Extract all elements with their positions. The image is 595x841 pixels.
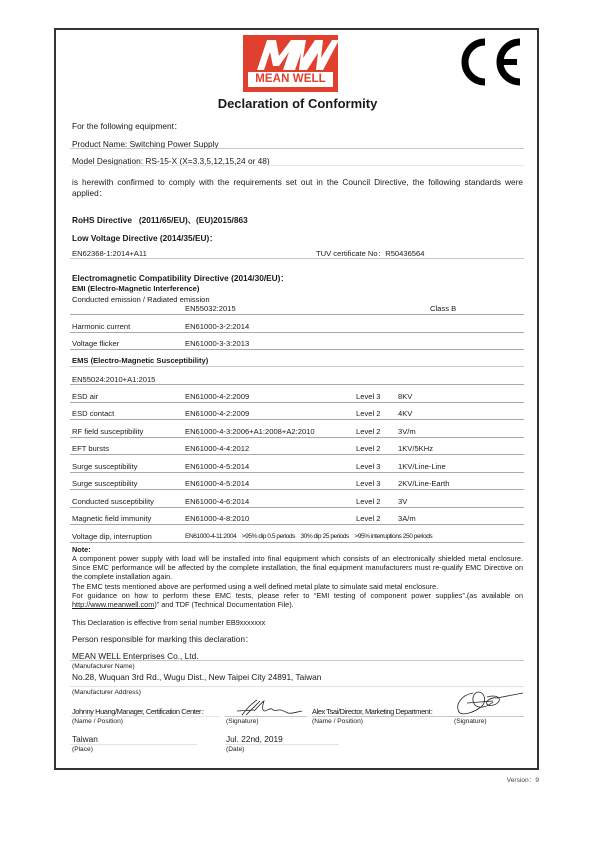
emi-class: Class B: [430, 304, 456, 313]
divider: [225, 744, 339, 745]
ems-test-label: RF field susceptibility: [72, 427, 143, 436]
place-caption: (Place): [72, 746, 93, 753]
signature-2-icon: [453, 687, 525, 717]
divider: [70, 454, 524, 455]
equipment-intro: For the following equipment：: [72, 120, 182, 132]
ems-level: Level 3: [356, 479, 381, 488]
divider: [70, 148, 524, 149]
divider: [312, 716, 524, 717]
page-title: Declaration of Conformity: [0, 96, 595, 111]
ems-standard: EN61000-4-8:2010: [185, 514, 249, 523]
emc-heading: Electromagnetic Compatibility Directive …: [72, 272, 289, 284]
emi-label: Voltage flicker: [72, 339, 119, 348]
manufacturer-address: No.28, Wuquan 3rd Rd., Wugu Dist., New T…: [72, 672, 321, 682]
logo-text: MEAN WELL: [248, 72, 333, 87]
compliance-statement: is herewith confirmed to comply with the…: [72, 177, 523, 198]
ce-mark-icon: [458, 38, 523, 86]
divider: [70, 419, 524, 420]
divider: [70, 507, 524, 508]
place: Taiwan: [72, 734, 98, 744]
meanwell-link[interactable]: http://www.meanwell.com: [72, 600, 154, 609]
mw-logo-icon: [243, 36, 338, 72]
ems-value: 8KV: [398, 392, 412, 401]
ems-test-label: Magnetic field immunity: [72, 514, 151, 523]
mean-well-logo: MEAN WELL: [243, 35, 338, 92]
responsible-heading: Person responsible for marking this decl…: [72, 633, 253, 645]
divider: [70, 332, 524, 333]
divider: [225, 716, 307, 717]
ems-test-label: EFT bursts: [72, 444, 109, 453]
ems-standard: EN61000-4-4:2012: [185, 444, 249, 453]
rohs-heading: RoHS Directive (2011/65/EU)、(EU)2015/863: [72, 214, 248, 226]
lvd-standard: EN62368-1:2014+A11: [72, 249, 147, 258]
date: Jul. 22nd, 2019: [226, 734, 283, 744]
ems-standard: EN61000-4-3:2006+A1:2008+A2:2010: [185, 427, 315, 436]
divider: [70, 402, 524, 403]
name-position-caption-1: (Name / Position): [72, 718, 123, 725]
emi-standard: EN61000-3-3:2013: [185, 339, 249, 348]
signature-caption-1: (Signature): [226, 718, 259, 725]
divider: [70, 716, 220, 717]
note-paragraph-3: For guidance on how to perform these EMC…: [72, 591, 523, 609]
date-caption: (Date): [226, 746, 244, 753]
version-label: Version：9: [507, 774, 539, 784]
note-heading: Note:: [72, 545, 91, 554]
ems-test-label: Surge susceptibility: [72, 462, 137, 471]
ems-test-label: ESD air: [72, 392, 98, 401]
ems-standard: EN61000-4-5:2014: [185, 462, 249, 471]
manufacturer-address-caption: (Manufacturer Address): [72, 689, 141, 696]
ems-standard: EN61000-4-6:2014: [185, 497, 249, 506]
voltage-dip-label: Voltage dip, interruption: [72, 532, 152, 541]
voltage-dip-detail: EN61000-4-11:2004 >95% dip 0.5 periods 3…: [185, 533, 432, 540]
ems-level: Level 3: [356, 392, 381, 401]
ems-level: Level 3: [356, 462, 381, 471]
ems-standard: EN55024:2010+A1:2015: [72, 375, 155, 384]
divider: [70, 472, 524, 473]
ems-level: Level 2: [356, 444, 381, 453]
divider: [70, 437, 524, 438]
ems-test-label: Conducted susceptibility: [72, 497, 154, 506]
ems-value: 4KV: [398, 409, 412, 418]
ems-level: Level 2: [356, 514, 381, 523]
ems-standard: EN61000-4-2:2009: [185, 392, 249, 401]
note-paragraph-2: The EMC tests mentioned above are perfor…: [72, 582, 523, 591]
logo-text-box: MEAN WELL: [248, 72, 333, 87]
ems-heading: EMS (Electro-Magnetic Susceptibility): [72, 356, 208, 365]
note-paragraph-1: A component power supply with load will …: [72, 554, 523, 581]
divider: [70, 660, 524, 661]
divider: [70, 542, 524, 543]
divider: [70, 165, 524, 166]
name-position-caption-2: (Name / Position): [312, 718, 363, 725]
ems-standard: EN61000-4-2:2009: [185, 409, 249, 418]
ems-value: 3A/m: [398, 514, 416, 523]
ems-level: Level 2: [356, 497, 381, 506]
divider: [70, 258, 524, 259]
divider: [70, 489, 524, 490]
ems-value: 1KV/5KHz: [398, 444, 433, 453]
lvd-heading: Low Voltage Directive (2014/35/EU)：: [72, 232, 218, 244]
divider: [70, 349, 524, 350]
ems-value: 1KV/Line-Line: [398, 462, 446, 471]
ems-level: Level 2: [356, 427, 381, 436]
manufacturer-name-caption: (Manufacturer Name): [72, 663, 135, 670]
note-text: )” and TDF (Technical Documentation File…: [154, 600, 293, 609]
emi-subheading: Conducted emission / Radiated emission: [72, 295, 210, 304]
signature-caption-2: (Signature): [454, 718, 487, 725]
divider: [70, 384, 524, 385]
ems-standard: EN61000-4-5:2014: [185, 479, 249, 488]
ems-value: 2KV/Line-Earth: [398, 479, 450, 488]
ems-value: 3V/m: [398, 427, 416, 436]
emi-heading: EMI (Electro-Magnetic Interference): [72, 284, 199, 293]
emi-standard: EN55032:2015: [185, 304, 236, 313]
ems-test-label: Surge susceptibility: [72, 479, 137, 488]
divider: [70, 744, 197, 745]
serial-number-note: This Declaration is effective from seria…: [72, 618, 265, 627]
emi-label: Harmonic current: [72, 322, 130, 331]
divider: [70, 366, 524, 367]
divider: [70, 524, 524, 525]
emi-standard: EN61000-3-2:2014: [185, 322, 249, 331]
ems-value: 3V: [398, 497, 407, 506]
divider: [70, 314, 524, 315]
ems-level: Level 2: [356, 409, 381, 418]
note-text: For guidance on how to perform these EMC…: [72, 591, 523, 600]
ems-test-label: ESD contact: [72, 409, 114, 418]
